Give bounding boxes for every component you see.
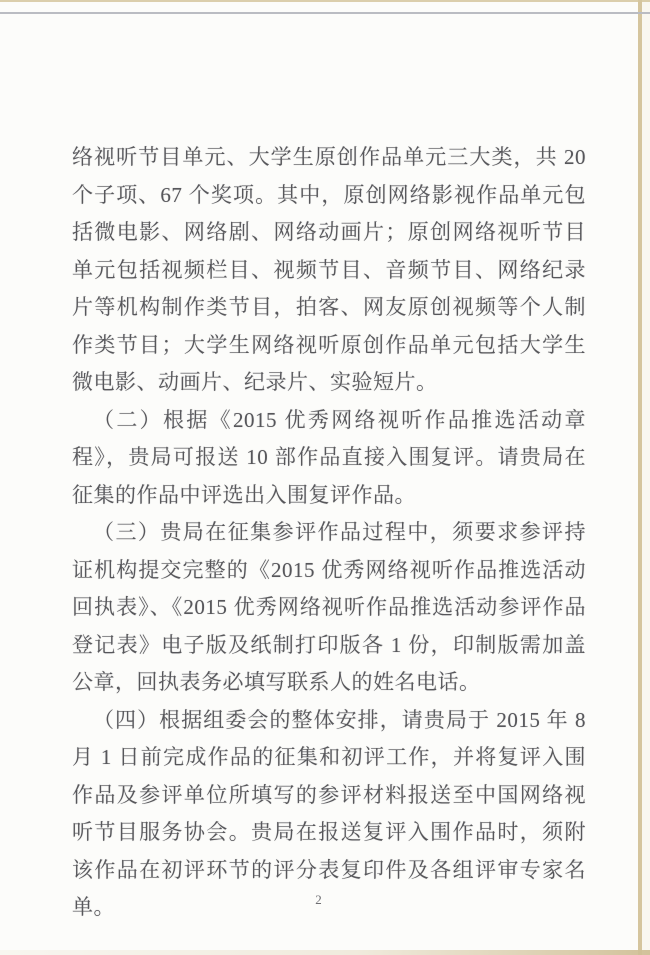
scan-top-rule-line (0, 12, 650, 14)
body-paragraph-item-3: （三）贵局在征集参评作品过程中，须要求参评持证机构提交完整的《2015 优秀网络… (72, 514, 586, 702)
document-body: 络视听节目单元、大学生原创作品单元三大类，共 20 个子项、67 个奖项。其中，… (72, 139, 586, 927)
page-number: 2 (0, 892, 638, 908)
scan-right-margin (642, 0, 650, 955)
scan-right-paper-edge (638, 0, 642, 955)
scan-bottom-paper-edge (0, 950, 650, 955)
scanned-page: 络视听节目单元、大学生原创作品单元三大类，共 20 个子项、67 个奖项。其中，… (0, 0, 650, 955)
body-paragraph-continuation: 络视听节目单元、大学生原创作品单元三大类，共 20 个子项、67 个奖项。其中，… (72, 139, 586, 402)
scan-top-paper-edge (0, 0, 650, 2)
body-paragraph-item-2: （二）根据《2015 优秀网络视听作品推选活动章程》，贵局可报送 10 部作品直… (72, 402, 586, 515)
